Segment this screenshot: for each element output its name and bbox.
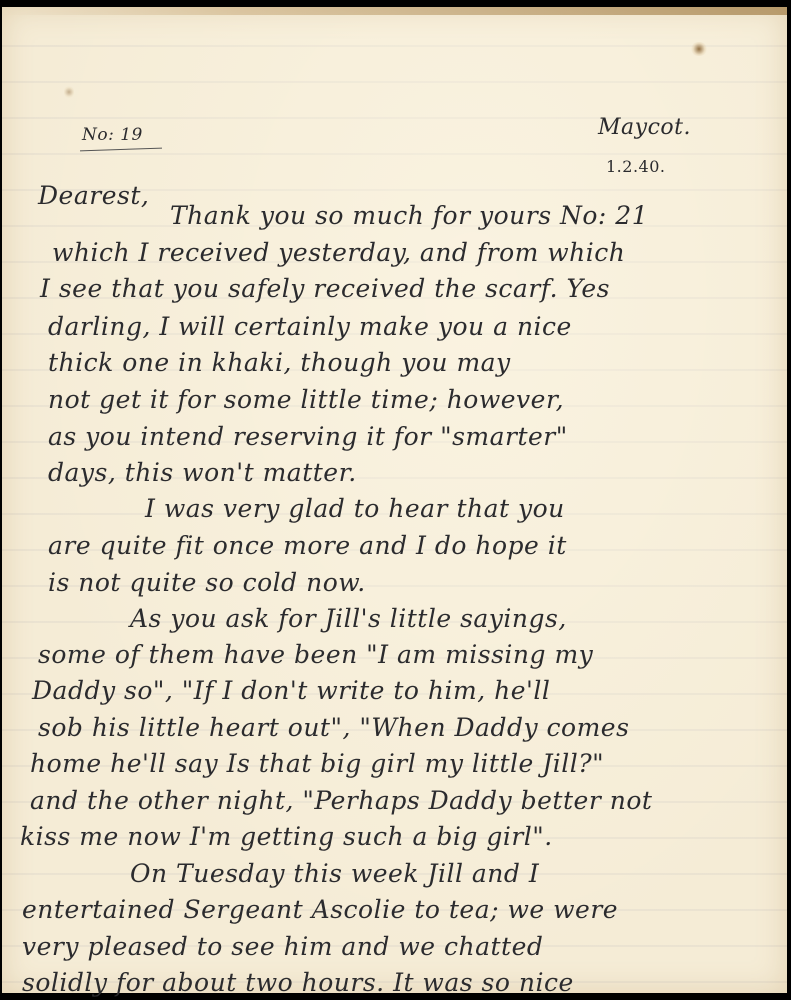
letter-line: which I received yesterday, and from whi…: [52, 240, 625, 265]
letter-line: thick one in khaki, though you may: [48, 350, 511, 375]
letter-line: I was very glad to hear that you: [145, 496, 565, 521]
letter-line: and the other night, "Perhaps Daddy bett…: [30, 788, 652, 813]
letter-line: Daddy so", "If I don't write to him, he'…: [32, 678, 550, 703]
letter-line: very pleased to see him and we chatted: [22, 934, 543, 959]
letter-line: I see that you safely received the scarf…: [40, 276, 610, 301]
letter-line: sob his little heart out", "When Daddy c…: [38, 715, 629, 740]
paper-stain: [690, 42, 708, 56]
paper-stain: [64, 85, 74, 99]
letter-line: As you ask for Jill's little sayings,: [130, 606, 567, 631]
letter-line: solidly for about two hours. It was so n…: [22, 970, 574, 995]
letter-number: No: 19: [82, 127, 143, 144]
letter-line: not get it for some little time; however…: [48, 387, 564, 412]
letter-line: as you intend reserving it for "smarter": [48, 424, 568, 449]
letter-line: is not quite so cold now.: [48, 570, 366, 595]
paper-edge-stain: [2, 7, 787, 15]
letter-salutation: Dearest,: [38, 183, 149, 208]
letter-line: Thank you so much for yours No: 21: [170, 203, 648, 228]
letter-date: 1.2.40.: [606, 159, 665, 175]
letter-line: entertained Sergeant Ascolie to tea; we …: [22, 897, 618, 922]
letter-line: On Tuesday this week Jill and I: [130, 861, 539, 886]
letter-line: kiss me now I'm getting such a big girl"…: [20, 824, 553, 849]
letter-line: home he'll say Is that big girl my littl…: [30, 751, 604, 776]
letter-line: darling, I will certainly make you a nic…: [48, 314, 572, 339]
letter-place: Maycot.: [598, 117, 691, 139]
letter-line: are quite fit once more and I do hope it: [48, 533, 567, 558]
letter-line: some of them have been "I am missing my: [38, 642, 593, 667]
letter-line: days, this won't matter.: [48, 460, 357, 485]
